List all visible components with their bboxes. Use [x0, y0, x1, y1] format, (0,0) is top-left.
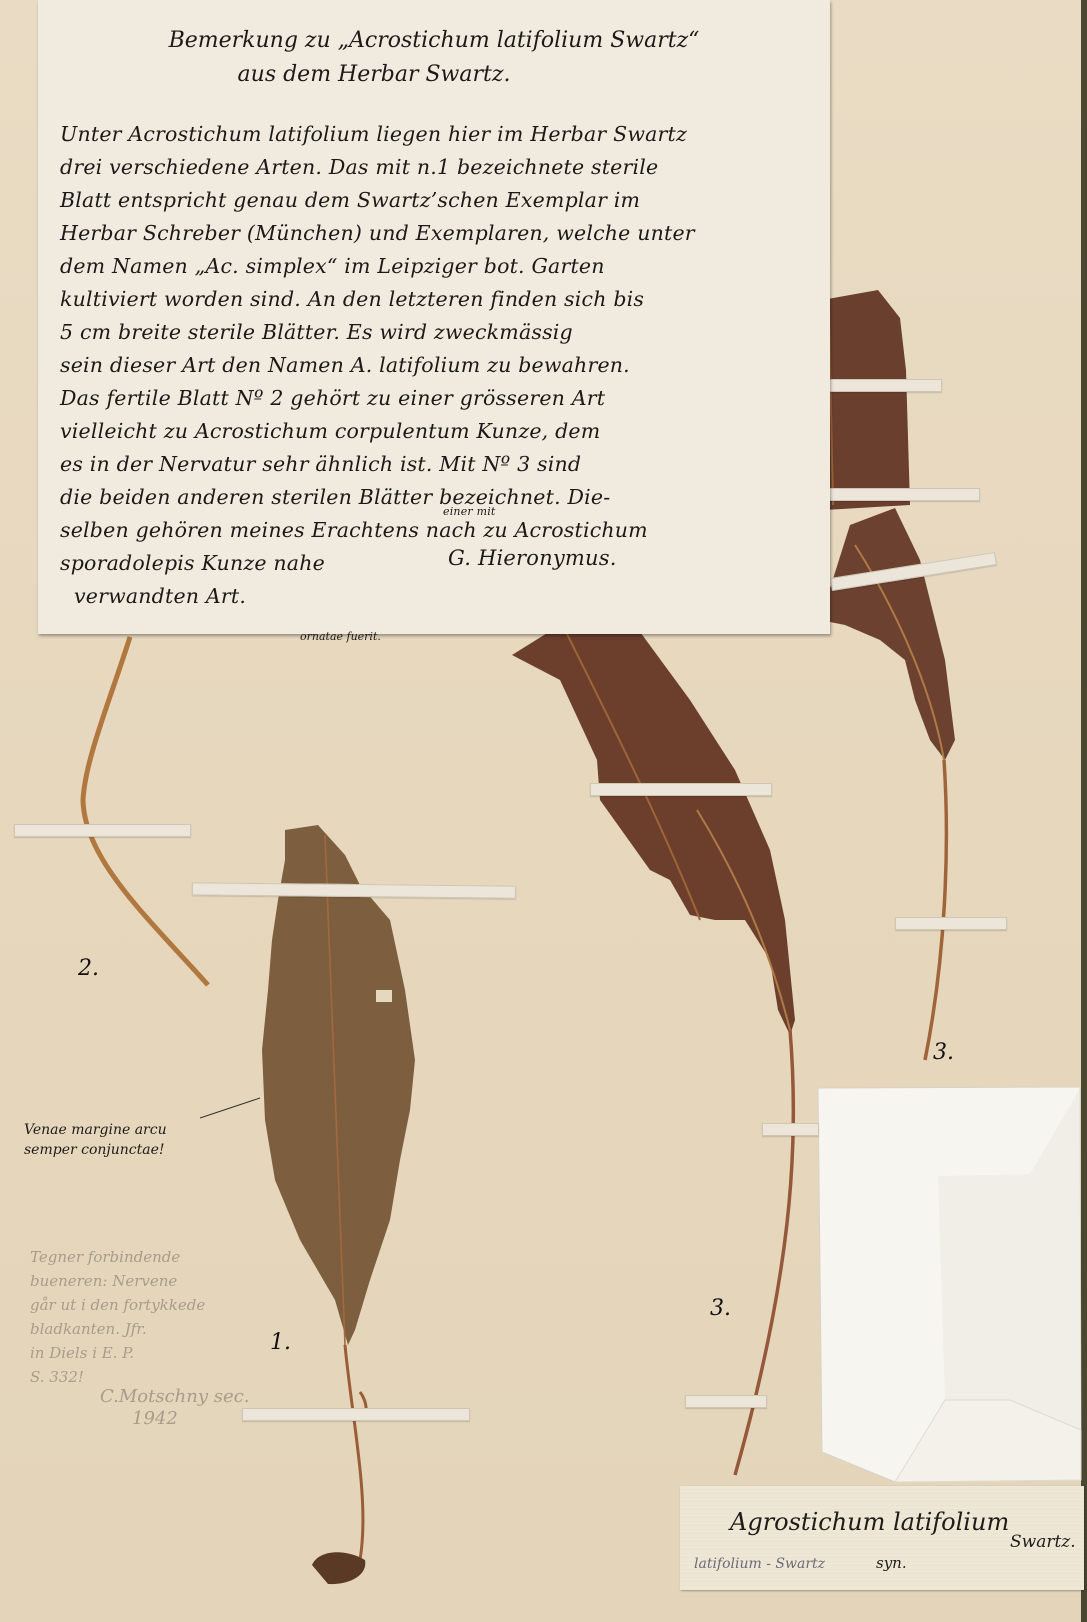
- pencil-note: S. 332!: [30, 1368, 84, 1386]
- label-taxon: Agrostichum latifolium: [730, 1508, 1009, 1536]
- pencil-note: bueneren: Nervene: [30, 1272, 177, 1290]
- pencil-signature: C.Motschny sec.: [100, 1386, 249, 1407]
- pointer-line: [0, 0, 1087, 1622]
- specimen-number-3: 3.: [933, 1040, 954, 1065]
- label-syn-tag: syn.: [876, 1554, 907, 1572]
- label-author: Swartz.: [1010, 1532, 1076, 1552]
- specimen-number-2: 2.: [78, 956, 99, 981]
- pencil-note: in Diels i E. P.: [30, 1344, 134, 1362]
- pencil-note: går ut i den fortykkede: [30, 1296, 205, 1314]
- pencil-note: bladkanten. Jfr.: [30, 1320, 147, 1338]
- pencil-year: 1942: [132, 1408, 178, 1429]
- specimen-number-1: 1.: [270, 1330, 291, 1355]
- specimen-number-3: 3.: [710, 1296, 731, 1321]
- label-synonym: latifolium - Swartz: [694, 1556, 825, 1572]
- specimen-label: Agrostichum latifolium Swartz. latifoliu…: [680, 1486, 1084, 1590]
- pencil-note: Tegner forbindende: [30, 1248, 180, 1266]
